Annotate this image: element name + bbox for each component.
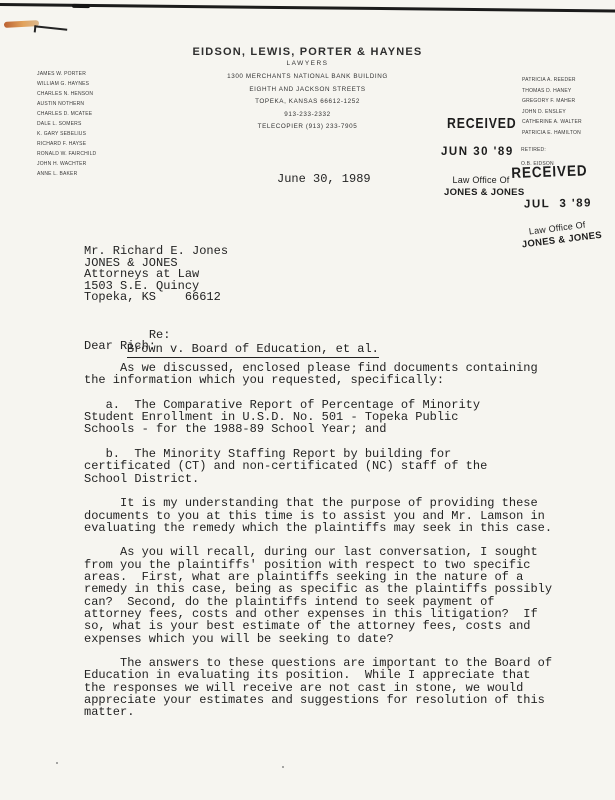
- attorney-name: ANNE L. BAKER: [37, 169, 96, 179]
- attorney-name: JOHN H. WACHTER: [37, 159, 96, 169]
- attorneys-right-column: PATRICIA A. REEDERTHOMAS D. HANEYGREGORY…: [522, 75, 582, 138]
- attorney-name: PATRICIA A. REEDER: [522, 75, 582, 86]
- attorney-name: RICHARD F. HAYSE: [37, 139, 96, 149]
- received-stamp-1-office: Law Office Of JONES & JONES: [444, 175, 518, 198]
- scanned-letter-page: JAMES W. PORTERWILLIAM G. HAYNESCHARLES …: [0, 0, 615, 800]
- attorney-name: RONALD W. FAIRCHILD: [37, 149, 96, 159]
- received-stamp-2-office: Law Office Of JONES & JONES: [520, 218, 596, 252]
- firm-subtitle: LAWYERS: [0, 60, 615, 67]
- firm-name: EIDSON, LEWIS, PORTER & HAYNES: [0, 46, 615, 58]
- attorney-name: THOMAS D. HANEY: [522, 86, 582, 97]
- received-stamp-2-date: JUL 3 '89: [524, 197, 592, 210]
- letter-body: As we discussed, enclosed please find do…: [84, 362, 552, 719]
- attorney-name: JOHN D. ENSLEY: [522, 107, 582, 118]
- scan-edge-artifact: [0, 3, 615, 13]
- attorney-name: PATRICIA E. HAMILTON: [522, 128, 582, 139]
- attorney-name: GREGORY F. MAHER: [522, 96, 582, 107]
- attorney-name: CATHERINE A. WALTER: [522, 117, 582, 128]
- re-subject: Brown v. Board of Education, et al.: [127, 342, 379, 358]
- salutation: Dear Rich:: [84, 339, 156, 353]
- received-stamp-2: RECEIVED: [511, 162, 588, 182]
- retired-label: RETIRED:: [521, 144, 554, 158]
- scan-edge-blob: [72, 4, 90, 8]
- paper-speck: [56, 762, 58, 764]
- stamp-office-line: Law Office Of: [444, 175, 518, 187]
- received-stamp-1-date: JUN 30 '89: [441, 146, 514, 158]
- letter-date: June 30, 1989: [277, 172, 371, 186]
- received-stamp-1: RECEIVED: [447, 115, 516, 132]
- staple-mark: [34, 25, 68, 35]
- recipient-address-line: Topeka, KS 66612: [84, 292, 228, 304]
- recipient-address-block: Mr. Richard E. JonesJONES & JONESAttorne…: [84, 246, 228, 304]
- paper-speck: [282, 766, 284, 768]
- stamp-office-line: JONES & JONES: [444, 187, 518, 199]
